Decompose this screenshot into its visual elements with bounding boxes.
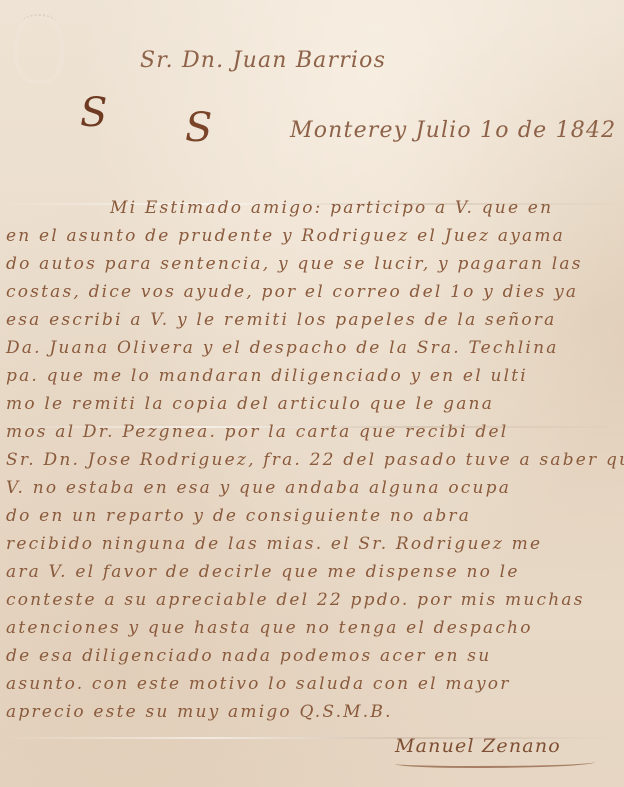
body-line: do autos para sentencia, y que se lucir,…	[6, 254, 583, 274]
date-line: Monterey Julio 1o de 1842	[290, 118, 616, 143]
body-line: en el asunto de prudente y Rodriguez el …	[6, 226, 565, 246]
body-line: atenciones y que hasta que no tenga el d…	[6, 618, 533, 638]
body-line: costas, dice vos ayude, por el correo de…	[6, 282, 578, 302]
body-line: conteste a su apreciable del 22 ppdo. po…	[6, 590, 585, 610]
monogram-left: S	[80, 90, 109, 136]
body-line: de esa diligenciado nada podemos acer en…	[6, 646, 491, 666]
body-line: ara V. el favor de decirle que me dispen…	[6, 562, 520, 582]
letter-page: Sr. Dn. Juan Barrios S S Monterey Julio …	[0, 0, 624, 787]
embossed-seal-icon	[14, 14, 64, 84]
body-line: mo le remiti la copia del articulo que l…	[6, 394, 494, 414]
body-line: asunto. con este motivo lo saluda con el…	[6, 674, 511, 694]
body-line: Da. Juana Olivera y el despacho de la Sr…	[6, 338, 559, 358]
crown-icon	[22, 14, 56, 32]
signature: Manuel Zenano	[395, 735, 561, 757]
body-line: aprecio este su muy amigo Q.S.M.B.	[6, 702, 393, 722]
body-line: mos al Dr. Pezgnea. por la carta que rec…	[6, 422, 508, 442]
body-line: Mi Estimado amigo: participo a V. que en	[110, 198, 553, 218]
addressee: Sr. Dn. Juan Barrios	[140, 48, 386, 73]
body-line: do en un reparto y de consiguiente no ab…	[6, 506, 471, 526]
body-line: V. no estaba en esa y que andaba alguna …	[6, 478, 511, 498]
signature-flourish	[395, 758, 595, 768]
body-line: Sr. Dn. Jose Rodriguez, fra. 22 del pasa…	[6, 450, 624, 470]
monogram-right: S	[185, 105, 214, 151]
body-line: esa escribi a V. y le remiti los papeles…	[6, 310, 556, 330]
body-line: recibido ninguna de las mias. el Sr. Rod…	[6, 534, 542, 554]
body-line: pa. que me lo mandaran diligenciado y en…	[6, 366, 528, 386]
